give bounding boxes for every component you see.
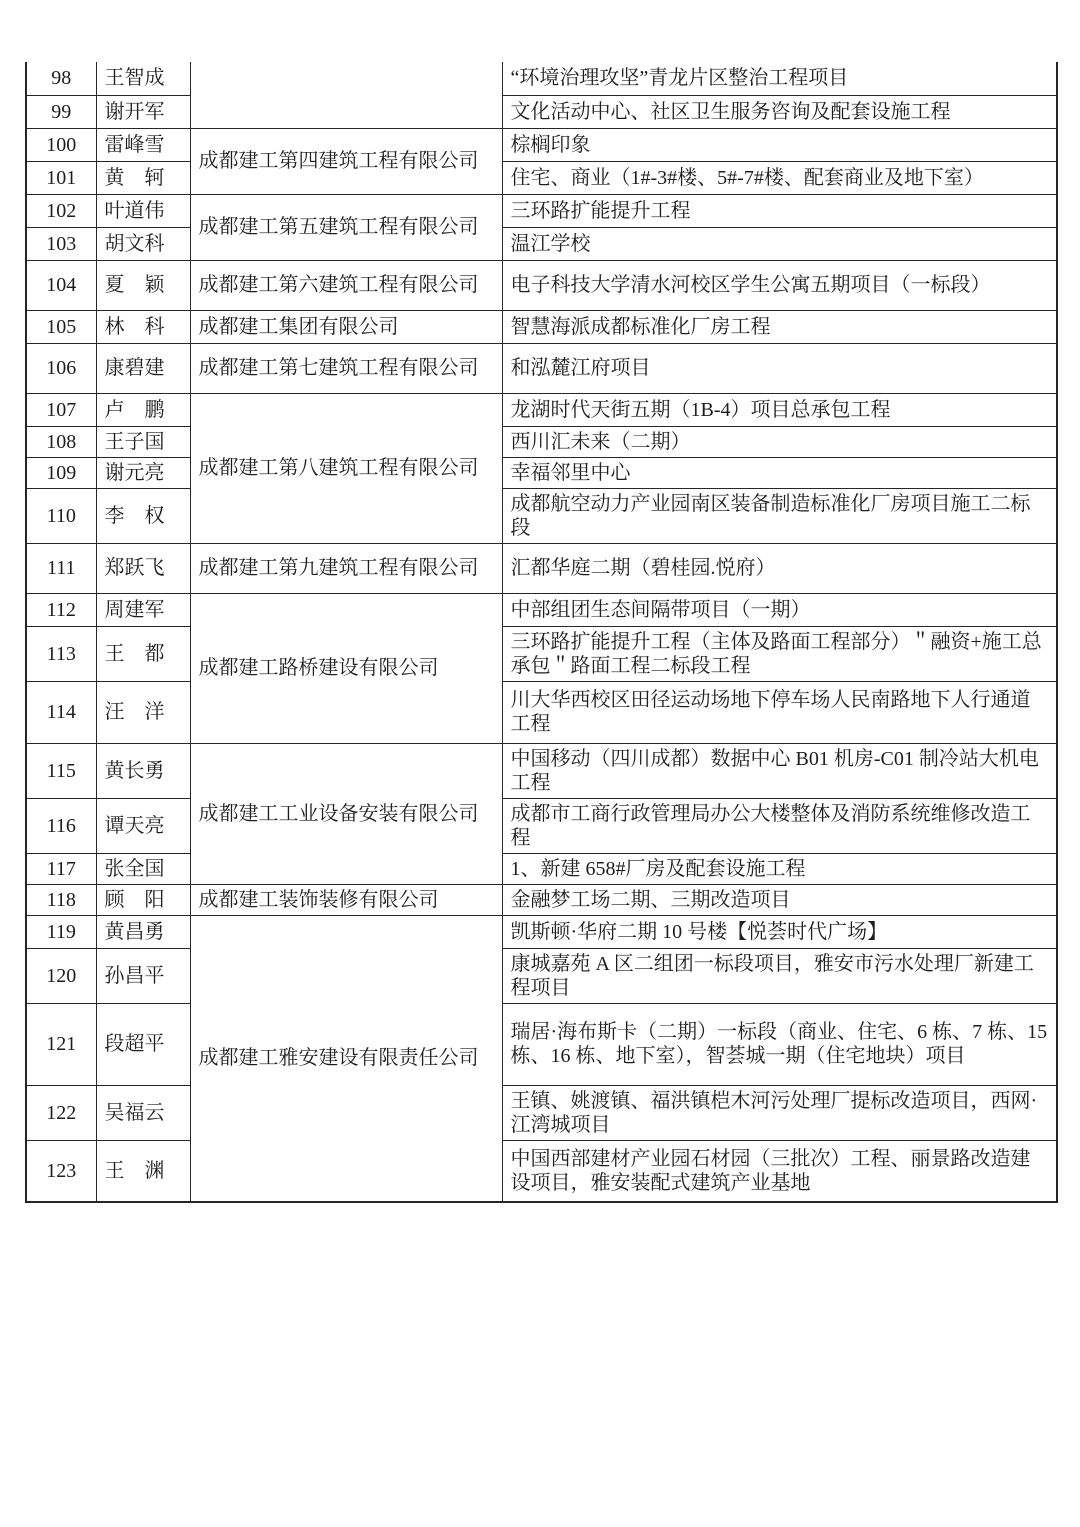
row-number-cell: 109: [26, 457, 96, 488]
row-number-cell: 101: [26, 161, 96, 194]
name-cell: 林 科: [96, 310, 190, 343]
name-cell: 卢 鹏: [96, 393, 190, 426]
table-row: 110 李 权 成都航空动力产业园南区装备制造标准化厂房项目施工二标段: [26, 488, 1057, 543]
company-cell: 成都建工路桥建设有限公司: [190, 593, 502, 743]
table-row: 122 吴福云 王镇、姚渡镇、福洪镇桤木河污处理厂提标改造项目，西网·江湾城项目: [26, 1085, 1057, 1140]
company-cell: 成都建工第九建筑工程有限公司: [190, 543, 502, 593]
project-cell: 汇都华庭二期（碧桂园.悦府）: [502, 543, 1057, 593]
row-number-cell: 99: [26, 95, 96, 128]
table-row: 115 黄长勇 成都建工工业设备安装有限公司 中国移动（四川成都）数据中心 B0…: [26, 743, 1057, 798]
row-number-cell: 106: [26, 343, 96, 393]
project-cell: 和泓麓江府项目: [502, 343, 1057, 393]
project-cell: 温江学校: [502, 227, 1057, 260]
project-cell: 1、新建 658#厂房及配套设施工程: [502, 853, 1057, 884]
project-cell: 凯斯顿·华府二期 10 号楼【悦荟时代广场】: [502, 915, 1057, 948]
table-row: 101 黄 轲 住宅、商业（1#-3#楼、5#-7#楼、配套商业及地下室）: [26, 161, 1057, 194]
row-number-cell: 122: [26, 1085, 96, 1140]
row-number-cell: 104: [26, 260, 96, 310]
project-cell: 幸福邻里中心: [502, 457, 1057, 488]
name-cell: 郑跃飞: [96, 543, 190, 593]
project-cell: 住宅、商业（1#-3#楼、5#-7#楼、配套商业及地下室）: [502, 161, 1057, 194]
table-row: 119 黄昌勇 成都建工雅安建设有限责任公司 凯斯顿·华府二期 10 号楼【悦荟…: [26, 915, 1057, 948]
row-number-cell: 111: [26, 543, 96, 593]
company-cell: [190, 62, 502, 128]
table-row: 121 段超平 瑞居·海布斯卡（二期）一标段（商业、住宅、6 栋、7 栋、15 …: [26, 1003, 1057, 1085]
name-cell: 周建军: [96, 593, 190, 626]
project-cell: 川大华西校区田径运动场地下停车场人民南路地下人行通道工程: [502, 681, 1057, 743]
table-row: 102 叶道伟 成都建工第五建筑工程有限公司 三环路扩能提升工程: [26, 194, 1057, 227]
project-cell: 中部组团生态间隔带项目（一期）: [502, 593, 1057, 626]
project-cell: 中国西部建材产业园石材园（三批次）工程、丽景路改造建设项目，雅安装配式建筑产业基…: [502, 1140, 1057, 1202]
table-row: 114 汪 洋 川大华西校区田径运动场地下停车场人民南路地下人行通道工程: [26, 681, 1057, 743]
name-cell: 胡文科: [96, 227, 190, 260]
row-number-cell: 103: [26, 227, 96, 260]
table-row: 113 王 都 三环路扩能提升工程（主体及路面工程部分）＂融资+施工总承包＂路面…: [26, 626, 1057, 681]
table-row: 118 顾 阳 成都建工装饰装修有限公司 金融梦工场二期、三期改造项目: [26, 884, 1057, 915]
project-cell: 西川汇未来（二期）: [502, 426, 1057, 457]
row-number-cell: 120: [26, 948, 96, 1003]
project-cell: 智慧海派成都标准化厂房工程: [502, 310, 1057, 343]
name-cell: 黄长勇: [96, 743, 190, 798]
company-cell: 成都建工第六建筑工程有限公司: [190, 260, 502, 310]
company-cell: 成都建工装饰装修有限公司: [190, 884, 502, 915]
project-cell: 电子科技大学清水河校区学生公寓五期项目（一标段）: [502, 260, 1057, 310]
table-row: 111 郑跃飞 成都建工第九建筑工程有限公司 汇都华庭二期（碧桂园.悦府）: [26, 543, 1057, 593]
row-number-cell: 121: [26, 1003, 96, 1085]
company-cell: 成都建工第四建筑工程有限公司: [190, 128, 502, 194]
row-number-cell: 119: [26, 915, 96, 948]
name-cell: 吴福云: [96, 1085, 190, 1140]
name-cell: 叶道伟: [96, 194, 190, 227]
project-cell: 中国移动（四川成都）数据中心 B01 机房-C01 制冷站大机电工程: [502, 743, 1057, 798]
row-number-cell: 114: [26, 681, 96, 743]
table-row: 108 王子国 西川汇未来（二期）: [26, 426, 1057, 457]
table-row: 117 张全国 1、新建 658#厂房及配套设施工程: [26, 853, 1057, 884]
name-cell: 谢元亮: [96, 457, 190, 488]
name-cell: 王 渊: [96, 1140, 190, 1202]
table-row: 106 康碧建 成都建工第七建筑工程有限公司 和泓麓江府项目: [26, 343, 1057, 393]
row-number-cell: 113: [26, 626, 96, 681]
row-number-cell: 115: [26, 743, 96, 798]
name-cell: 黄 轲: [96, 161, 190, 194]
table-row: 100 雷峰雪 成都建工第四建筑工程有限公司 棕榈印象: [26, 128, 1057, 161]
project-cell: 瑞居·海布斯卡（二期）一标段（商业、住宅、6 栋、7 栋、15 栋、16 栋、地…: [502, 1003, 1057, 1085]
name-cell: 雷峰雪: [96, 128, 190, 161]
table-row: 107 卢 鹏 成都建工第八建筑工程有限公司 龙湖时代天街五期（1B-4）项目总…: [26, 393, 1057, 426]
row-number-cell: 112: [26, 593, 96, 626]
table-row: 116 谭天亮 成都市工商行政管理局办公大楼整体及消防系统维修改造工程: [26, 798, 1057, 853]
roster-table: 98 王智成 “环境治理攻坚”青龙片区整治工程项目 99 谢开军 文化活动中心、…: [25, 62, 1058, 1203]
row-number-cell: 107: [26, 393, 96, 426]
company-cell: 成都建工第五建筑工程有限公司: [190, 194, 502, 260]
project-cell: 棕榈印象: [502, 128, 1057, 161]
row-number-cell: 100: [26, 128, 96, 161]
company-cell: 成都建工第七建筑工程有限公司: [190, 343, 502, 393]
project-cell: 文化活动中心、社区卫生服务咨询及配套设施工程: [502, 95, 1057, 128]
table-row: 99 谢开军 文化活动中心、社区卫生服务咨询及配套设施工程: [26, 95, 1057, 128]
table-row: 105 林 科 成都建工集团有限公司 智慧海派成都标准化厂房工程: [26, 310, 1057, 343]
document-page: 98 王智成 “环境治理攻坚”青龙片区整治工程项目 99 谢开军 文化活动中心、…: [0, 0, 1080, 1527]
row-number-cell: 110: [26, 488, 96, 543]
name-cell: 张全国: [96, 853, 190, 884]
project-cell: 三环路扩能提升工程（主体及路面工程部分）＂融资+施工总承包＂路面工程二标段工程: [502, 626, 1057, 681]
project-cell: 龙湖时代天街五期（1B-4）项目总承包工程: [502, 393, 1057, 426]
name-cell: 康碧建: [96, 343, 190, 393]
row-number-cell: 105: [26, 310, 96, 343]
table-row: 103 胡文科 温江学校: [26, 227, 1057, 260]
name-cell: 段超平: [96, 1003, 190, 1085]
name-cell: 王子国: [96, 426, 190, 457]
name-cell: 孙昌平: [96, 948, 190, 1003]
name-cell: 黄昌勇: [96, 915, 190, 948]
table-row: 98 王智成 “环境治理攻坚”青龙片区整治工程项目: [26, 62, 1057, 95]
table-row: 112 周建军 成都建工路桥建设有限公司 中部组团生态间隔带项目（一期）: [26, 593, 1057, 626]
name-cell: 王智成: [96, 62, 190, 95]
row-number-cell: 117: [26, 853, 96, 884]
name-cell: 李 权: [96, 488, 190, 543]
project-cell: 金融梦工场二期、三期改造项目: [502, 884, 1057, 915]
row-number-cell: 108: [26, 426, 96, 457]
table-row: 123 王 渊 中国西部建材产业园石材园（三批次）工程、丽景路改造建设项目，雅安…: [26, 1140, 1057, 1202]
company-cell: 成都建工第八建筑工程有限公司: [190, 393, 502, 543]
name-cell: 谭天亮: [96, 798, 190, 853]
project-cell: “环境治理攻坚”青龙片区整治工程项目: [502, 62, 1057, 95]
row-number-cell: 116: [26, 798, 96, 853]
row-number-cell: 123: [26, 1140, 96, 1202]
company-cell: 成都建工工业设备安装有限公司: [190, 743, 502, 884]
project-cell: 三环路扩能提升工程: [502, 194, 1057, 227]
table-row: 120 孙昌平 康城嘉苑 A 区二组团一标段项目，雅安市污水处理厂新建工程项目: [26, 948, 1057, 1003]
name-cell: 夏 颖: [96, 260, 190, 310]
row-number-cell: 98: [26, 62, 96, 95]
company-cell: 成都建工集团有限公司: [190, 310, 502, 343]
table-row: 104 夏 颖 成都建工第六建筑工程有限公司 电子科技大学清水河校区学生公寓五期…: [26, 260, 1057, 310]
project-cell: 康城嘉苑 A 区二组团一标段项目，雅安市污水处理厂新建工程项目: [502, 948, 1057, 1003]
table-row: 109 谢元亮 幸福邻里中心: [26, 457, 1057, 488]
name-cell: 顾 阳: [96, 884, 190, 915]
project-cell: 王镇、姚渡镇、福洪镇桤木河污处理厂提标改造项目，西网·江湾城项目: [502, 1085, 1057, 1140]
row-number-cell: 118: [26, 884, 96, 915]
row-number-cell: 102: [26, 194, 96, 227]
company-cell: 成都建工雅安建设有限责任公司: [190, 915, 502, 1202]
project-cell: 成都市工商行政管理局办公大楼整体及消防系统维修改造工程: [502, 798, 1057, 853]
name-cell: 汪 洋: [96, 681, 190, 743]
name-cell: 谢开军: [96, 95, 190, 128]
project-cell: 成都航空动力产业园南区装备制造标准化厂房项目施工二标段: [502, 488, 1057, 543]
name-cell: 王 都: [96, 626, 190, 681]
